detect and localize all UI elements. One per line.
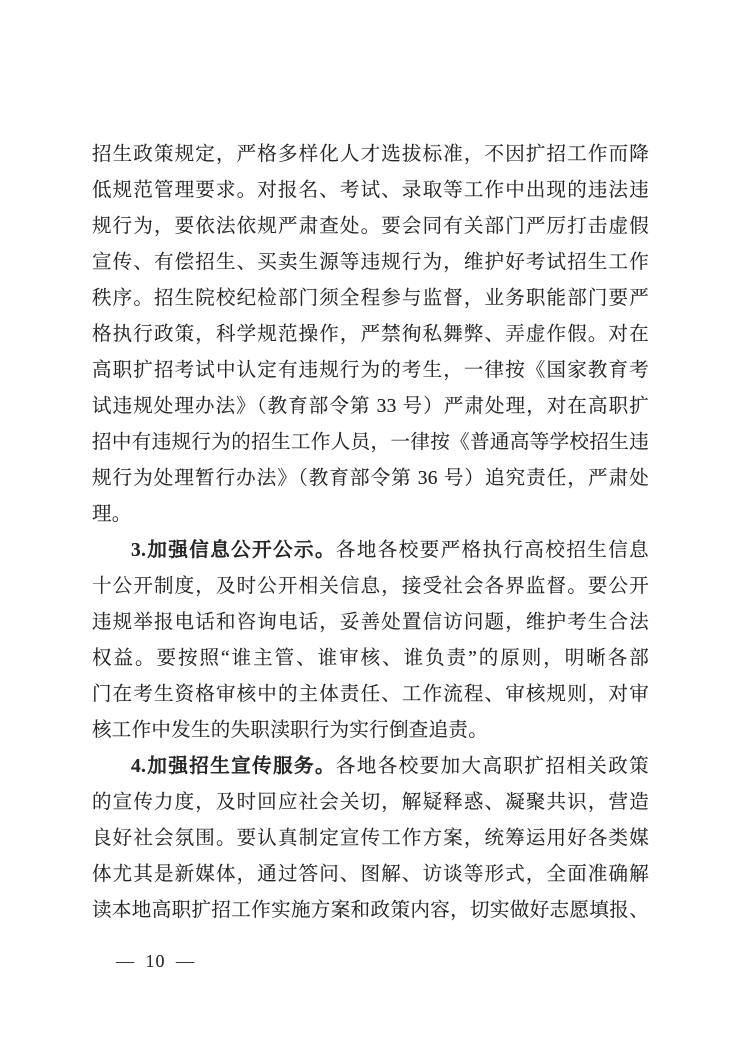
body-text: 各地各校要加大高职扩招相关政策: [336, 756, 649, 777]
body-text: 宣传、有偿招生、买卖生源等违规行为，维护好考试招生工作: [92, 252, 649, 273]
text-line: 3.加强信息公开公示。各地各校要严格执行高校招生信息: [92, 533, 649, 569]
text-line: 招中有违规行为的招生工作人员，一律按《普通高等学校招生违: [92, 425, 649, 461]
page-footer: — 10 —: [116, 946, 195, 976]
section-heading-text: 3.加强信息公开公示。: [131, 540, 336, 561]
text-line: 十公开制度，及时公开相关信息，接受社会各界监督。要公开: [92, 569, 649, 605]
body-text: 招中有违规行为的招生工作人员，一律按《普通高等学校招生违: [92, 432, 649, 453]
body-text: 体尤其是新媒体，通过答问、图解、访谈等形式，全面准确解: [92, 864, 649, 885]
text-line: 低规范管理要求。对报名、考试、录取等工作中出现的违法违: [92, 173, 649, 209]
text-line: 格执行政策，科学规范操作，严禁徇私舞弊、弄虚作假。对在: [92, 317, 649, 353]
paragraph-4-publicity-service: 4.加强招生宣传服务。各地各校要加大高职扩招相关政策的宣传力度，及时回应社会关切…: [92, 749, 649, 929]
body-text: 核工作中发生的失职渎职行为实行倒查追责。: [92, 720, 488, 741]
text-line: 规行为，要依法依规严肃查处。要会同有关部门严厉打击虚假: [92, 209, 649, 245]
body-text: 违规举报电话和咨询电话，妥善处置信访问题，维护考生合法: [92, 612, 649, 633]
paragraph-3-information-disclosure: 3.加强信息公开公示。各地各校要严格执行高校招生信息十公开制度，及时公开相关信息…: [92, 533, 649, 749]
text-line: 规行为处理暂行办法》（教育部令第 36 号）追究责任，严肃处: [92, 461, 649, 497]
body-text: 门在考生资格审核中的主体责任、工作流程、审核规则，对审: [92, 684, 649, 705]
text-line: 权益。要按照“谁主管、谁审核、谁负责”的原则，明晰各部: [92, 641, 649, 677]
body-text: 招生政策规定，严格多样化人才选拔标准，不因扩招工作而降: [92, 144, 649, 165]
section-heading-text: 4.加强招生宣传服务。: [131, 756, 336, 777]
text-line: 门在考生资格审核中的主体责任、工作流程、审核规则，对审: [92, 677, 649, 713]
body-text: 良好社会氛围。要认真制定宣传工作方案，统筹运用好各类媒: [92, 828, 649, 849]
body-text: 权益。要按照“谁主管、谁审核、谁负责”的原则，明晰各部: [92, 648, 649, 669]
text-line: 良好社会氛围。要认真制定宣传工作方案，统筹运用好各类媒: [92, 821, 649, 857]
body-text: 各地各校要严格执行高校招生信息: [336, 540, 649, 561]
text-line: 招生政策规定，严格多样化人才选拔标准，不因扩招工作而降: [92, 137, 649, 173]
text-line: 高职扩招考试中认定有违规行为的考生，一律按《国家教育考: [92, 353, 649, 389]
body-text: 格执行政策，科学规范操作，严禁徇私舞弊、弄虚作假。对在: [92, 324, 649, 345]
document-body: 招生政策规定，严格多样化人才选拔标准，不因扩招工作而降低规范管理要求。对报名、考…: [92, 137, 649, 929]
text-line: 宣传、有偿招生、买卖生源等违规行为，维护好考试招生工作: [92, 245, 649, 281]
body-text: 十公开制度，及时公开相关信息，接受社会各界监督。要公开: [92, 576, 649, 597]
body-text: 秩序。招生院校纪检部门须全程参与监督，业务职能部门要严: [92, 288, 649, 309]
body-text: 理。: [92, 504, 132, 525]
text-line: 试违规处理办法》（教育部令第 33 号）严肃处理，对在高职扩: [92, 389, 649, 425]
body-text: 低规范管理要求。对报名、考试、录取等工作中出现的违法违: [92, 180, 649, 201]
document-page: 招生政策规定，严格多样化人才选拔标准，不因扩招工作而降低规范管理要求。对报名、考…: [0, 0, 740, 1046]
body-text: 高职扩招考试中认定有违规行为的考生，一律按《国家教育考: [92, 360, 649, 381]
body-text: 试违规处理办法》（教育部令第 33 号）严肃处理，对在高职扩: [92, 396, 649, 417]
text-line: 核工作中发生的失职渎职行为实行倒查追责。: [92, 713, 649, 749]
body-text: 规行为，要依法依规严肃查处。要会同有关部门严厉打击虚假: [92, 216, 649, 237]
body-text: 规行为处理暂行办法》（教育部令第 36 号）追究责任，严肃处: [92, 468, 649, 489]
body-text: 读本地高职扩招工作实施方案和政策内容，切实做好志愿填报、: [92, 900, 649, 921]
body-text: 的宣传力度，及时回应社会关切，解疑释惑、凝聚共识，营造: [92, 792, 649, 813]
text-line: 读本地高职扩招工作实施方案和政策内容，切实做好志愿填报、: [92, 893, 649, 929]
text-line: 理。: [92, 497, 649, 533]
text-line: 体尤其是新媒体，通过答问、图解、访谈等形式，全面准确解: [92, 857, 649, 893]
paragraph-discipline-enforcement: 招生政策规定，严格多样化人才选拔标准，不因扩招工作而降低规范管理要求。对报名、考…: [92, 137, 649, 533]
page-number: — 10 —: [116, 951, 195, 971]
text-line: 秩序。招生院校纪检部门须全程参与监督，业务职能部门要严: [92, 281, 649, 317]
text-line: 4.加强招生宣传服务。各地各校要加大高职扩招相关政策: [92, 749, 649, 785]
text-line: 违规举报电话和咨询电话，妥善处置信访问题，维护考生合法: [92, 605, 649, 641]
text-line: 的宣传力度，及时回应社会关切，解疑释惑、凝聚共识，营造: [92, 785, 649, 821]
